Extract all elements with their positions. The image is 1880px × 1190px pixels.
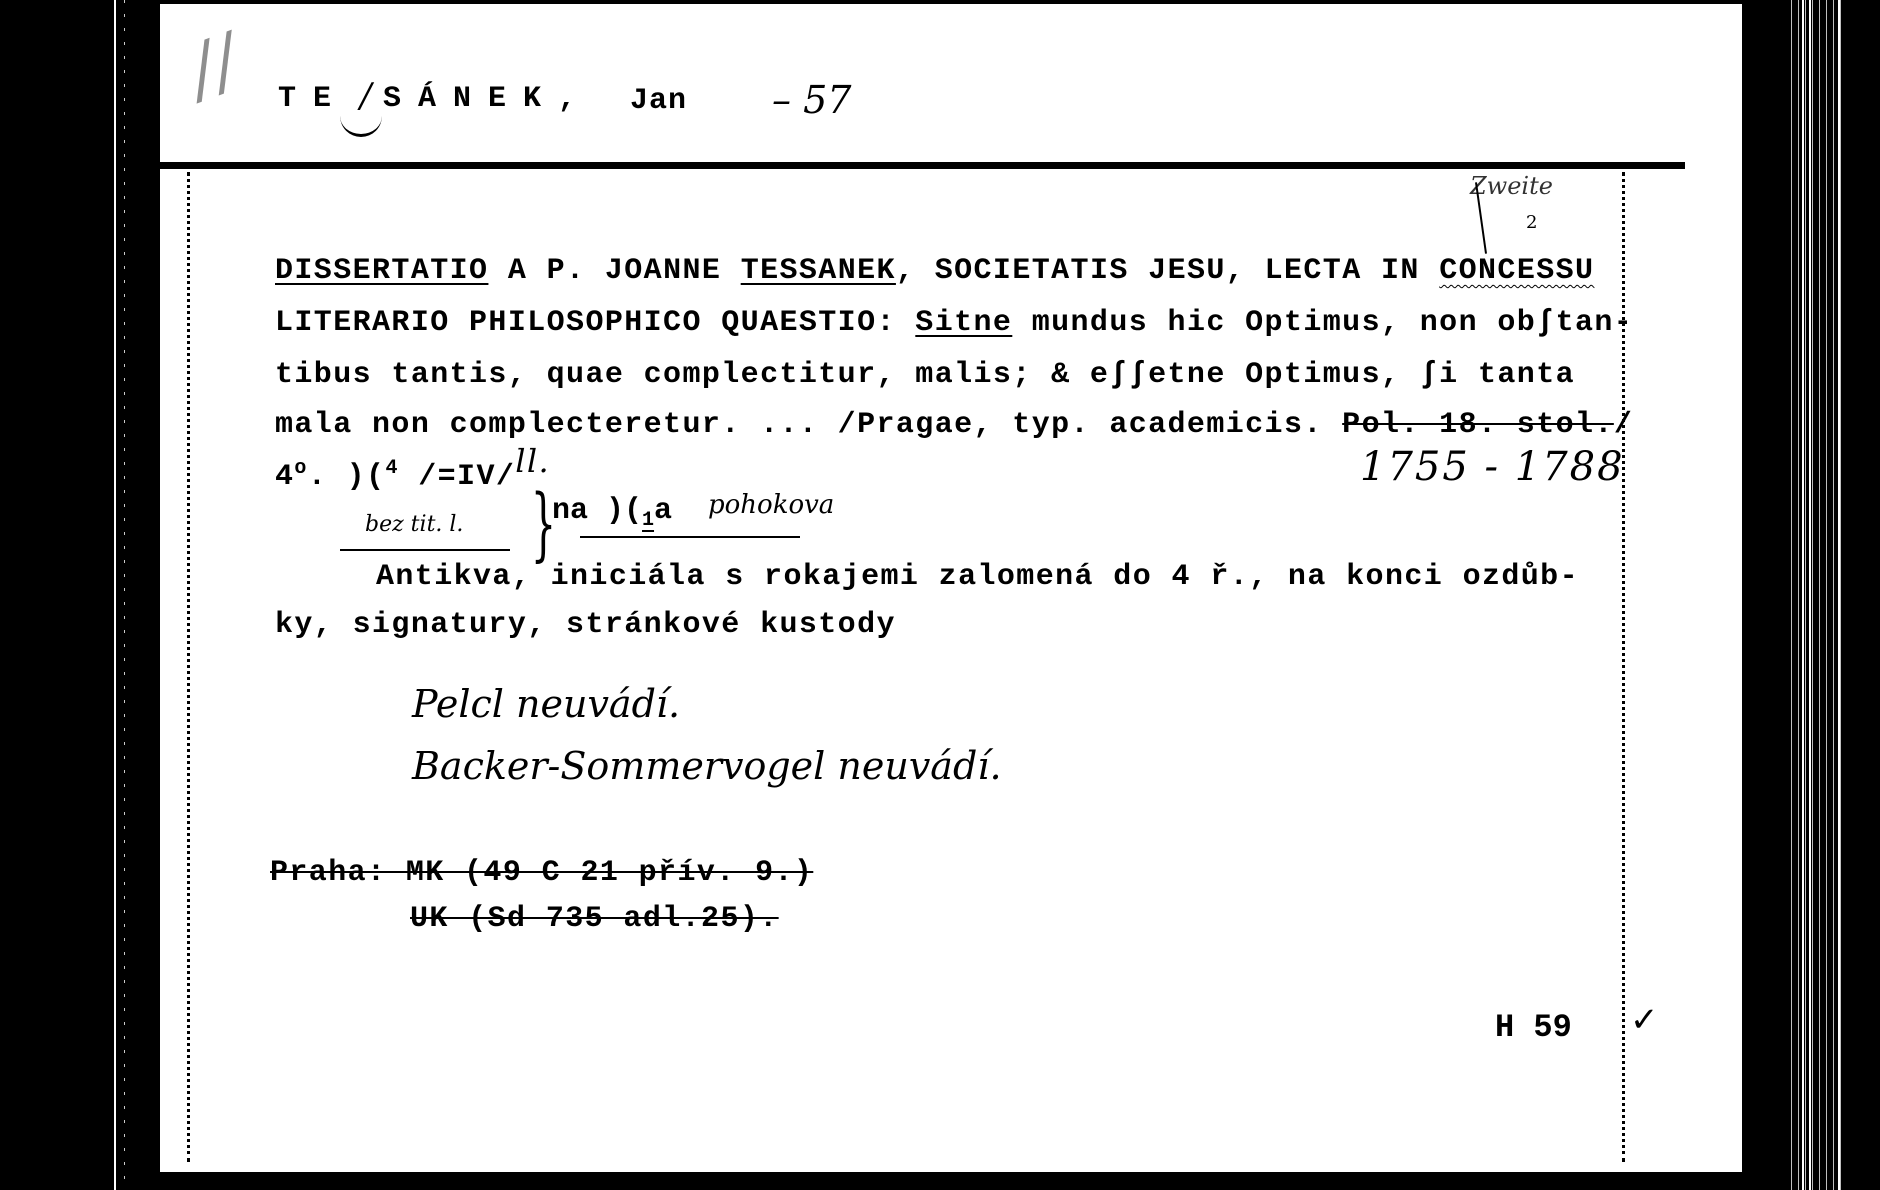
scan-edge-line	[124, 0, 125, 1190]
imprint-text: mala non complecteretur. ... /Pragae, ty…	[275, 408, 1342, 442]
annotation-insert-text: na )(	[552, 494, 642, 528]
holdings-line-1: Praha: MK (49 C 21 přív. 9.)	[270, 856, 813, 890]
collation-superscript: 4	[385, 457, 398, 480]
header-rule	[160, 162, 1685, 169]
title-word-tessanek: TESSANEK	[741, 254, 896, 288]
format-number: 4	[275, 460, 294, 494]
handwritten-note-pelcl: Pelcl neuvádí.	[412, 682, 680, 726]
description-line-2: ky, signatury, stránkové kustody	[275, 608, 896, 642]
annotation-insert: na )(1a	[552, 494, 672, 528]
struck-date-text: Pol. 18. stol.	[1342, 408, 1614, 442]
card-heading-given-name: Jan	[630, 84, 687, 118]
scan-noise-strip	[1788, 0, 1846, 1190]
handwritten-note-backer: Backer-Sommervogel neuvádí.	[412, 744, 1002, 788]
title-text: mundus hic Optimus, non ob∫tan-	[1012, 306, 1633, 340]
description-line-1: Antikva, iniciála s rokajemi zalomená do…	[376, 560, 1579, 594]
collation-line: 4o. )(4 /=IV/ll.	[275, 456, 550, 494]
holdings-line-2: UK (Sd 735 adl.25).	[410, 902, 779, 936]
scan-edge-line	[114, 0, 116, 1190]
annotation-insert-sub: 1	[642, 509, 654, 532]
handwritten-leaves: ll.	[515, 442, 550, 480]
handwritten-annotation-insert: pohokova	[708, 490, 834, 520]
title-text: LITERARIO PHILOSOPHICO QUAESTIO:	[275, 306, 915, 340]
collation-text: . )(	[308, 460, 386, 494]
shelfmark: H 59	[1495, 1009, 1572, 1046]
title-text: A P. JOANNE	[488, 254, 740, 288]
title-word-dissertatio: DISSERTATIO	[275, 254, 488, 288]
handwritten-margin-mark: //	[177, 18, 249, 111]
catalogue-card: // TE SÁNEK, / Jan – 57 Zweite 2 DISSERT…	[160, 4, 1742, 1172]
title-line-3: tibus tantis, quae complectitur, malis; …	[275, 358, 1575, 392]
format-degree: o	[294, 457, 307, 480]
handwritten-note-superscript: 2	[1526, 212, 1537, 233]
title-line-4: mala non complecteretur. ... /Pragae, ty…	[275, 408, 1633, 442]
annotation-insert-text: a	[654, 494, 672, 528]
title-word-concessu: CONCESSU	[1439, 254, 1594, 288]
annotation-underline	[580, 536, 800, 538]
collation-text: /=IV/	[399, 460, 515, 494]
handwritten-note-top-right: Zweite	[1470, 172, 1553, 200]
annotation-underline	[340, 549, 510, 551]
check-icon: ✓	[1630, 1000, 1659, 1040]
imprint-slash: /	[1614, 408, 1633, 442]
handwritten-dates: 1755 - 1788	[1360, 444, 1625, 490]
handwritten-number: – 57	[772, 78, 851, 122]
card-heading-surname: TE SÁNEK,	[278, 82, 593, 116]
title-text: , SOCIETATIS JESU, LECTA IN	[896, 254, 1439, 288]
title-word-sitne: Sitne	[915, 306, 1012, 340]
margin-line-left	[187, 172, 190, 1162]
title-line-2: LITERARIO PHILOSOPHICO QUAESTIO: Sitne m…	[275, 306, 1633, 340]
surname-correction-arc	[340, 112, 382, 137]
handwritten-annotation-left: bez tit. l.	[365, 512, 463, 537]
title-line-1: DISSERTATIO A P. JOANNE TESSANEK, SOCIET…	[275, 254, 1594, 288]
surname-correction-mark: /	[360, 76, 371, 116]
